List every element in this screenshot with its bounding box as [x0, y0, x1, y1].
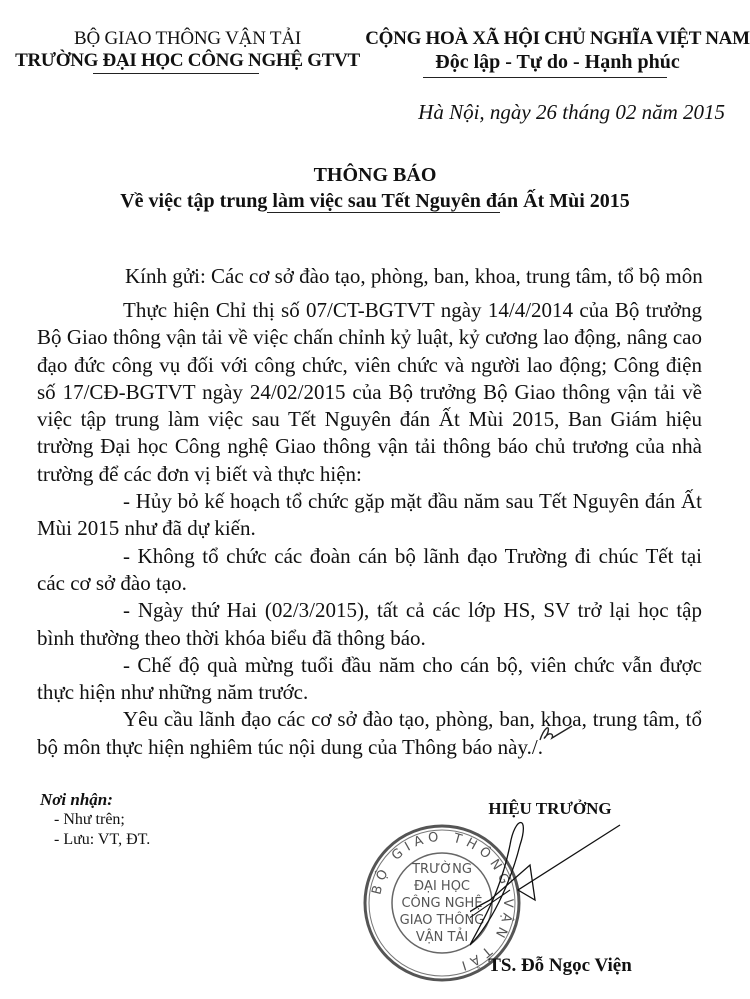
bullet-item: - Ngày thứ Hai (02/3/2015), tất cả các l… [37, 597, 702, 652]
divider [93, 73, 259, 74]
recipient-item: - Lưu: VT, ĐT. [40, 830, 150, 850]
handwritten-signature [470, 805, 750, 975]
document-date: Hà Nội, ngày 26 tháng 02 năm 2015 [400, 100, 725, 125]
addressee: Kính gửi: Các cơ sở đào tạo, phòng, ban,… [125, 264, 703, 289]
country-name: CỘNG HOÀ XÃ HỘI CHỦ NGHĨA VIỆT NAM [365, 28, 750, 50]
initials-mark [536, 722, 576, 744]
ministry-name: BỘ GIAO THÔNG VẬN TẢI [0, 28, 375, 50]
paragraph: Thực hiện Chỉ thị số 07/CT-BGTVT ngày 14… [37, 297, 702, 488]
signer-name: TS. Đỗ Ngọc Viện [450, 955, 670, 977]
divider [423, 77, 667, 78]
document-subtitle: Về việc tập trung làm việc sau Tết Nguyê… [0, 189, 750, 213]
recipients-block: Nơi nhận: - Như trên; - Lưu: VT, ĐT. [40, 790, 150, 850]
divider [267, 212, 500, 213]
bullet-item: - Chế độ quà mừng tuổi đầu năm cho cán b… [37, 652, 702, 707]
bullet-item: - Không tổ chức các đoàn cán bộ lãnh đạo… [37, 543, 702, 598]
bullet-item: - Hủy bỏ kế hoạch tổ chức gặp mặt đầu nă… [37, 488, 702, 543]
school-name: TRƯỜNG ĐẠI HỌC CÔNG NGHỆ GTVT [0, 50, 375, 72]
national-header: CỘNG HOÀ XÃ HỘI CHỦ NGHĨA VIỆT NAM Độc l… [365, 28, 750, 74]
recipients-heading: Nơi nhận: [40, 790, 150, 810]
svg-text:TRƯỜNG: TRƯỜNG [411, 861, 472, 877]
national-motto: Độc lập - Tự do - Hạnh phúc [365, 50, 750, 74]
issuing-authority: BỘ GIAO THÔNG VẬN TẢI TRƯỜNG ĐẠI HỌC CÔN… [0, 28, 375, 72]
recipient-item: - Như trên; [40, 810, 150, 830]
closing-paragraph: Yêu cầu lãnh đạo các cơ sở đào tạo, phòn… [37, 706, 702, 761]
document-body: Thực hiện Chỉ thị số 07/CT-BGTVT ngày 14… [37, 297, 702, 761]
document-title: THÔNG BÁO [0, 163, 750, 187]
svg-text:ĐẠI HỌC: ĐẠI HỌC [414, 879, 470, 894]
svg-text:VẬN TẢI: VẬN TẢI [416, 928, 468, 945]
